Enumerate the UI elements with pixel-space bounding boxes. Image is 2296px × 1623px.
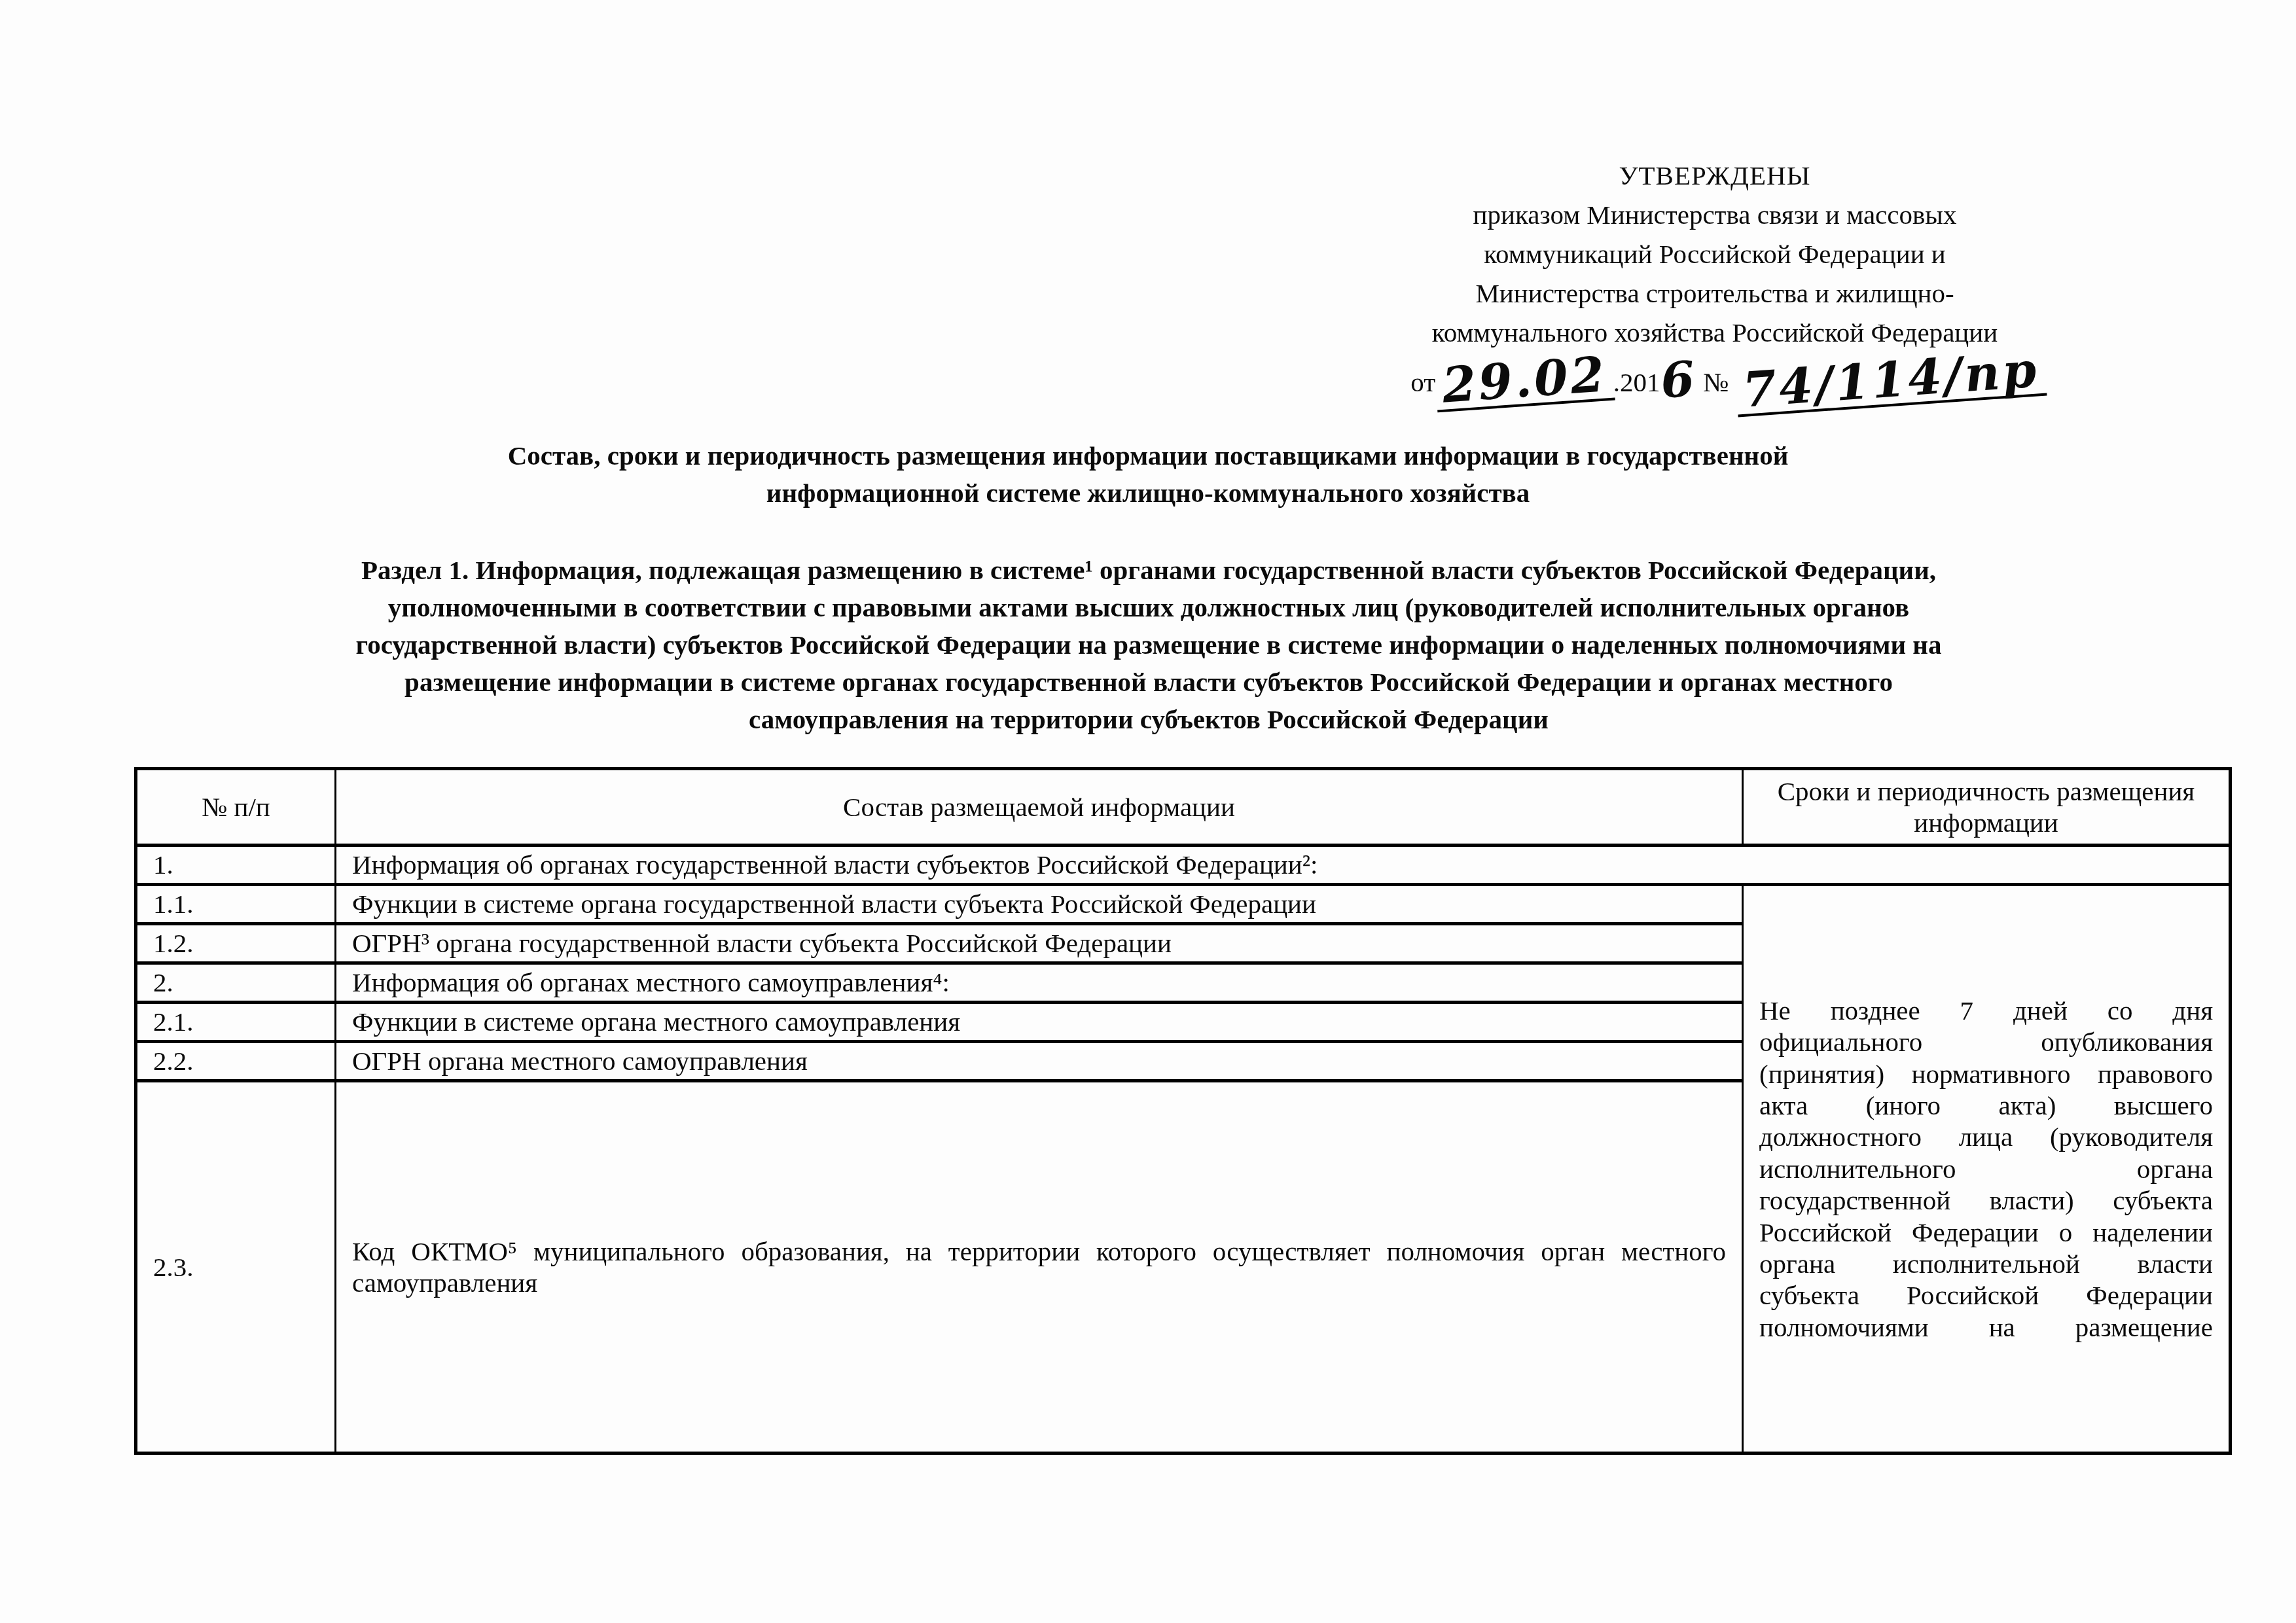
section-heading-line: размещение информации в системе органах … — [131, 664, 2166, 701]
approval-line: коммуникаций Российской Федерации и — [1293, 234, 2137, 274]
row-text-cell: Функции в системе органа местного самоуп… — [336, 1003, 1743, 1042]
section-heading-line: самоуправления на территории субъектов Р… — [131, 701, 2166, 738]
handwritten-date: 29.02 — [1434, 353, 1615, 412]
date-prefix-label: от — [1410, 367, 1435, 397]
row-text-cell: ОГРН³ органа государственной власти субъ… — [336, 924, 1743, 963]
handwritten-year-digit: 6 — [1659, 357, 1698, 403]
row-text-cell: Функции в системе органа государственной… — [336, 885, 1743, 924]
approval-approved-label: УТВЕРЖДЕНЫ — [1293, 156, 2137, 195]
row-number-cell: 1.2. — [136, 924, 336, 963]
section-heading-line: государственной власти) субъектов Россий… — [131, 626, 2166, 664]
row-text-cell: Код ОКТМО⁵ муниципального образования, н… — [336, 1081, 1743, 1454]
table-row: 1. Информация об органах государственной… — [136, 846, 2231, 885]
approval-block: УТВЕРЖДЕНЫ приказом Министерства связи и… — [1293, 156, 2137, 419]
table-row: 1.1. Функции в системе органа государств… — [136, 885, 2231, 924]
date-printed-year-prefix: .201 — [1613, 367, 1660, 397]
section-heading-line: уполномоченными в соответствии с правовы… — [131, 589, 2166, 626]
document-page: УТВЕРЖДЕНЫ приказом Министерства связи и… — [0, 0, 2296, 1623]
terms-merged-cell: Не позднее 7 дней со дня официального оп… — [1743, 885, 2231, 1454]
row-number-cell: 2.1. — [136, 1003, 336, 1042]
document-title-line: информационной системе жилищно-коммуналь… — [166, 474, 2130, 512]
row-number-cell: 2.3. — [136, 1081, 336, 1454]
handwritten-order-number: 74/114/пр — [1734, 348, 2047, 417]
document-title-line: Состав, сроки и периодичность размещения… — [166, 437, 2130, 474]
approval-line: приказом Министерства связи и массовых — [1293, 195, 2137, 234]
approval-date-line: от29.02.2016 № 74/114/пр — [1293, 353, 2137, 419]
col-header-composition: Состав размещаемой информации — [336, 769, 1743, 846]
col-header-terms: Сроки и периодичность размещения информа… — [1743, 769, 2231, 846]
row-text-cell: ОГРН органа местного самоуправления — [336, 1042, 1743, 1081]
info-table: № п/п Состав размещаемой информации Срок… — [134, 767, 2232, 1455]
row-number-cell: 1.1. — [136, 885, 336, 924]
section-1-heading: Раздел 1. Информация, подлежащая размеще… — [131, 552, 2166, 738]
section-heading-line: Раздел 1. Информация, подлежащая размеще… — [131, 552, 2166, 589]
row-text-cell: Информация об органах местного самоуправ… — [336, 963, 1743, 1003]
row-number-cell: 1. — [136, 846, 336, 885]
row-number-cell: 2.2. — [136, 1042, 336, 1081]
number-sign: № — [1703, 367, 1729, 397]
table-header-row: № п/п Состав размещаемой информации Срок… — [136, 769, 2231, 846]
approval-line: Министерства строительства и жилищно- — [1293, 274, 2137, 313]
row-text-cell: Информация об органах государственной вл… — [336, 846, 2231, 885]
document-title: Состав, сроки и периодичность размещения… — [166, 437, 2130, 512]
col-header-num: № п/п — [136, 769, 336, 846]
row-number-cell: 2. — [136, 963, 336, 1003]
